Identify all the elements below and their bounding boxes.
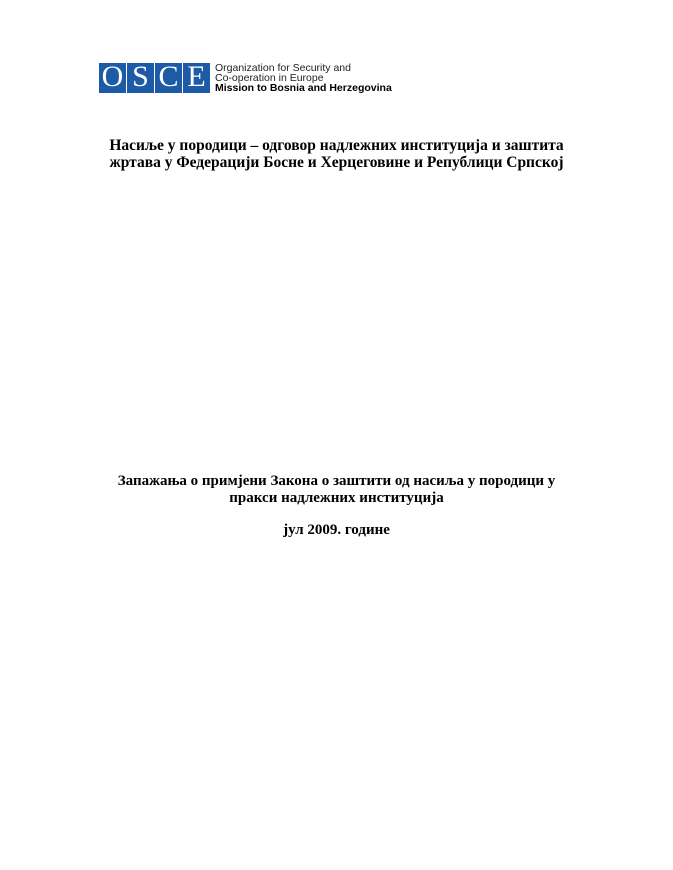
document-date: јул 2009. године — [0, 522, 673, 539]
osce-logo: O S C E Organization for Security and Co… — [99, 63, 392, 93]
osce-logo-mark: O S C E — [99, 63, 210, 93]
logo-letter-c: C — [155, 63, 182, 93]
osce-logo-text: Organization for Security and Co-operati… — [215, 63, 392, 93]
title-line-2: жртава у Федерацији Босне и Херцеговине … — [0, 154, 673, 171]
logo-letter-e: E — [183, 63, 210, 93]
subtitle-line-2: пракси надлежних институција — [0, 490, 673, 507]
document-page: O S C E Organization for Security and Co… — [0, 0, 673, 870]
logo-letter-o: O — [99, 63, 126, 93]
logo-text-line-3: Mission to Bosnia and Herzegovina — [215, 83, 392, 93]
subtitle-line-1: Запажања о примјени Закона о заштити од … — [0, 473, 673, 490]
document-subtitle: Запажања о примјени Закона о заштити од … — [0, 473, 673, 507]
logo-letter-s: S — [127, 63, 154, 93]
title-line-1: Насиље у породици – одговор надлежних ин… — [0, 137, 673, 154]
document-title: Насиље у породици – одговор надлежних ин… — [0, 137, 673, 171]
